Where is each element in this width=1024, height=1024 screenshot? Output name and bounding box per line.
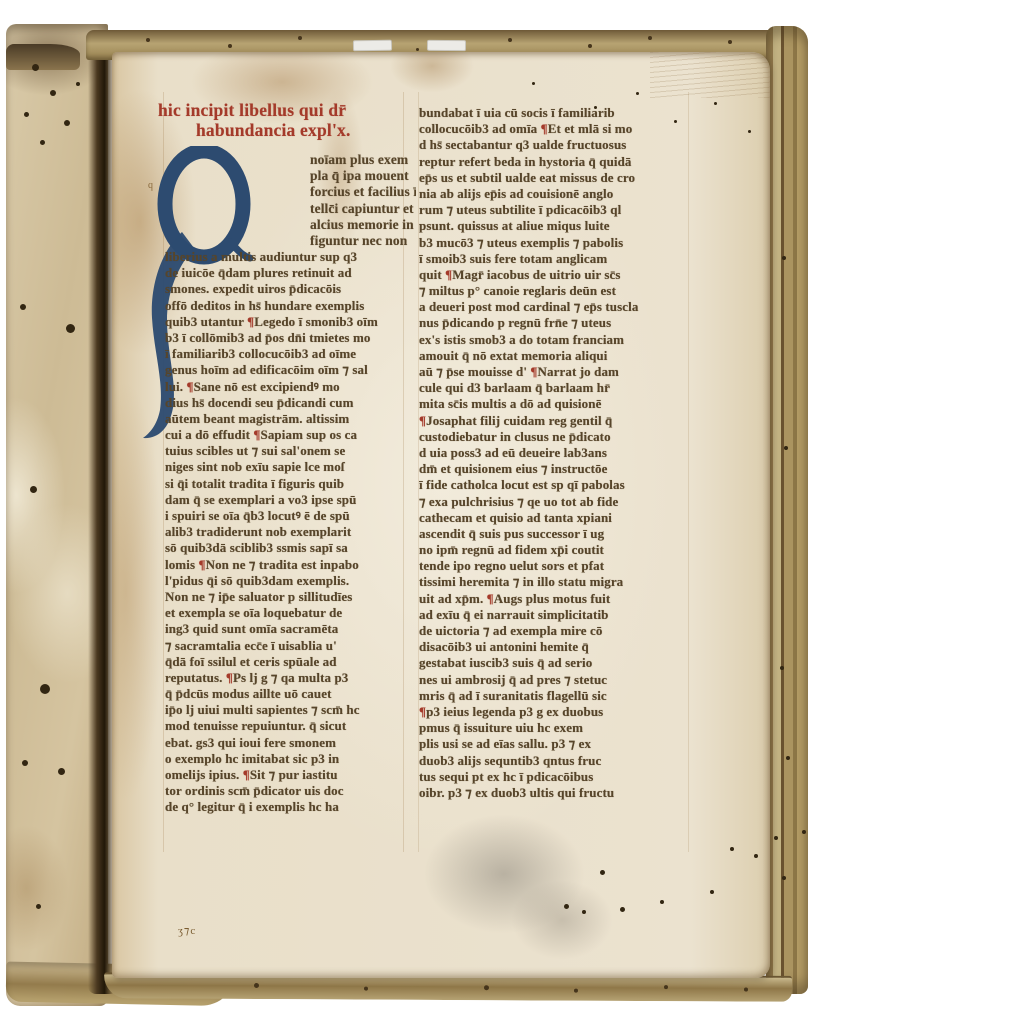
text-line: lui. ¶Sane nō est excipiendꝰ mo [165,379,409,395]
wormhole [636,92,639,95]
text-line: cathecam et quisio ad tanta xpiani [419,510,685,526]
text-line: tende ipo regno uelut sors et pfat [419,558,685,574]
text-line: aūtem beant magistrām. altissim [165,411,409,427]
text-line: ¶Josaphat filij cuidam reg gentil q̄ [419,413,685,429]
text-line: o exemplo hc imitabat sic p3 in [165,751,409,767]
speckle [364,987,368,991]
text-line: mris q̄ ad ī suranitatis flagellū sic [419,688,685,704]
text-line: reptur refert beda in hystoria q̄ quidā [419,154,685,170]
text-line: et exempla se oīa loquebatur de [165,605,409,621]
quire-signature: ʒ⁊c [178,924,196,937]
wormhole [582,910,586,914]
text-line: d hs̄ sectabantur q3 ualde fructuosus [419,137,685,153]
text-line: tus sequi pt ex hc ī pdicacōibus [419,769,685,785]
text-line: ip̄o lj uiui multi sapientes ⁊ scm̄ hc [165,702,409,718]
text-line: amouit q̄ nō extat memoria aliqui [419,348,685,364]
speckle [664,985,668,989]
speckle [484,985,489,990]
text-line: dam q̄ se exemplari a vo3 ipse spū [165,492,409,508]
text-column-left-indent: noīam plus exempla q̄ ipa mouentforcius … [310,152,416,249]
wormhole [58,768,65,775]
text-line: collocucōib3 ad omīa ¶Et et mlā si mo [419,121,685,137]
wormhole [40,140,45,145]
text-line: plis usi se ad eīas sallu. p3 ⁊ ex [419,736,685,752]
text-line: uit ad xp̄m. ¶Augs plus motus fuit [419,591,685,607]
text-line: si q̄i totalit tradita ī figuris quib [165,476,409,492]
text-line: smones. expedit uiros p̄dicacōis [165,281,409,297]
wormhole [50,90,56,96]
text-line: i spuiri se oīa q̄b3 locutꝰ ē de spū [165,508,409,524]
text-line: ī smoib3 suis fere totam anglicam [419,251,685,267]
text-line: ing3 quid sunt omīa sacramēta [165,621,409,637]
wormhole [64,120,70,126]
text-line: forcius et facilius ī [310,184,416,200]
wormhole [748,130,751,133]
text-line: ex's istis smob3 a do totam franciam [419,332,685,348]
text-line: ⁊ exa pulchrisius ⁊ qe uo tot ab fide [419,494,685,510]
text-line: reputatus. ¶Ps lj g ⁊ qa multa p3 [165,670,409,686]
text-line: duob3 alijs sequntib3 qntus fruc [419,753,685,769]
speckle [416,48,419,51]
text-line: oibr. p3 ⁊ ex duob3 ultis qui fructu [419,785,685,801]
text-line: Non ne ⁊ ip̄e saluator p sillitudīes [165,589,409,605]
wormhole [730,847,734,851]
text-line: no ipm̄ regnū ad fidem xp̄i coutit [419,542,685,558]
bookmark-slip [427,40,466,51]
text-line: tissimi heremita ⁊ in illo statu migra [419,574,685,590]
wormhole [802,830,806,834]
speckle [146,38,150,42]
text-line: ⁊ sacramtalia ecc̄e ī uisablia u' [165,638,409,654]
leaf-edges [650,52,770,98]
text-line: rum ⁊ uteus subtilite ī pdicacōib3 ql [419,202,685,218]
text-line: mod tenuisse repuiuntur. q̄ sicut [165,718,409,734]
text-line: tuius scibles ut ⁊ sui sal'onem se [165,443,409,459]
text-line: psunt. quissus at aliue miqus luite [419,218,685,234]
wormhole [594,106,597,109]
wormhole [620,907,625,912]
wormhole [36,904,41,909]
text-line: ī fide catholca locut est sp qī pabolas [419,477,685,493]
text-line: nes ui ambrosij q̄ ad pres ⁊ stetuc [419,672,685,688]
text-line: tellc̄i capiuntur et [310,201,416,217]
text-line: de uictoria ⁊ ad exempla mire cō [419,623,685,639]
text-line: l'pidus q̄i sō quib3dam exemplis. [165,573,409,589]
text-line: a deueri post mod cardinal ⁊ ep̄s tuscla [419,299,685,315]
text-line: noīam plus exem [310,152,416,168]
wormhole [30,486,37,493]
text-line: tor ordinis scm̄ p̄dicator uis doc [165,783,409,799]
text-line: ad exīu q̄ ei narrauit simplicitatib [419,607,685,623]
text-line: omelijs ipius. ¶Sit ⁊ pur iastitu [165,767,409,783]
text-line: aū ⁊ p̄se mouisse d' ¶Narrat jo dam [419,364,685,380]
wormhole [674,120,677,123]
text-column-left: liberius a multis audiuntur sup q3de iui… [165,249,409,816]
text-line: custodiebatur in clusus ne p̄dicato [419,429,685,445]
text-line: alib3 tradiderunt nob exemplarit [165,524,409,540]
wormhole [714,102,717,105]
speckle [298,36,302,40]
text-line: q̄ p̄dcūs modus aillte uō cauet [165,686,409,702]
wormhole [786,756,790,760]
text-line: ī familiarib3 collocucōib3 ad oīme [165,346,409,362]
wormhole [564,904,569,909]
text-line: b3 mucō3 ⁊ uteus exemplis ⁊ pabolis [419,235,685,251]
speckle [728,40,732,44]
wormhole [782,256,786,260]
speckle [648,36,652,40]
board-worn-cap [6,44,80,70]
wormhole [780,666,784,670]
wormhole [66,324,75,333]
text-line: ascendit q̄ suis pus successor ī ug [419,526,685,542]
wormhole [774,836,778,840]
wormhole [76,82,80,86]
wormhole [20,304,26,310]
text-line: dm̄ et quisionem eius ⁊ instructōe [419,461,685,477]
text-line: pla q̄ ipa mouent [310,168,416,184]
text-line: cule qui d3 barlaam q̄ barlaam hr̄ [419,380,685,396]
text-line: genus hoīm ad edificacōim oīm ⁊ sal [165,362,409,378]
text-line: offō deditos in hs̄ hundare exemplis [165,298,409,314]
text-line: pmus q̄ issuiture uiu hc exem [419,720,685,736]
text-line: disacōib3 ui antonini hemite q̄ [419,639,685,655]
text-line: liberius a multis audiuntur sup q3 [165,249,409,265]
wormhole [532,82,535,85]
text-line: lomis ¶Non ne ⁊ tradita est inpabo [165,557,409,573]
text-line: ebat. gs3 qui ioui fere smonem [165,735,409,751]
text-line: de q° legitur q̄ i exemplis hc ha [165,799,409,815]
wormhole [660,900,664,904]
text-line: d uia poss3 ad eū deueire lab3ans [419,445,685,461]
bookmark-slip [353,40,392,52]
rubric-line-2: habundancia expl'x. [196,120,351,140]
text-line: alcius memorie in [310,217,416,233]
text-line: de iuicōe q̄dam plures retinuit ad [165,265,409,281]
text-column-right: bundabat ī uia cū socis ī familiaribcoll… [419,105,685,801]
speckle [254,983,259,988]
text-line: dius hs̄ docendi seu p̄dicandi cum [165,395,409,411]
speckle [744,988,748,992]
wormhole [754,854,758,858]
wormhole [22,760,28,766]
text-line: ep̄s us et subtil ualde eat missus de cr… [419,170,685,186]
cover-fore-edge [766,26,808,994]
text-line: ¶p3 ieius legenda p3 g ex duobus [419,704,685,720]
wormhole [32,64,39,71]
wormhole [600,870,605,875]
wormhole [784,446,788,450]
wormhole [24,112,29,117]
wormhole [710,890,714,894]
speckle [228,44,232,48]
text-line: ⁊ miltus p° canoie reglaris deūn est [419,283,685,299]
manuscript-photo: hic incipit libellus qui dr̄ habundancia… [0,0,1024,1024]
text-line: mita sc̄is multis a dō ad quisionē [419,396,685,412]
text-line: nia ab alijs ep̄is ad couisionē anglo [419,186,685,202]
text-line: figuntur nec non [310,233,416,249]
text-line: niges sint nob exīu sapie lce moſ [165,459,409,475]
text-line: q̄dā foī ssilul et ceris spūale ad [165,654,409,670]
text-line: gestabat iuscib3 suis q̄ ad serio [419,655,685,671]
manuscript-page: hic incipit libellus qui dr̄ habundancia… [112,52,770,978]
text-line: bundabat ī uia cū socis ī familiarib [419,105,685,121]
speckle [574,989,578,993]
speckle [508,38,512,42]
text-line: nus p̄dicando p regnū frn̄e ⁊ uteus [419,315,685,331]
speckle [588,44,592,48]
text-line: sō quib3dā sciblib3 ssmis sapī sa [165,540,409,556]
wormhole [40,684,50,694]
wormhole [782,876,786,880]
text-line: quit ¶Magr̄ iacobus de uitrio uir sc̄s [419,267,685,283]
text-line: cui a dō effudit ¶Sapiam sup os ca [165,427,409,443]
text-line: b3 ī collōmib3 ad p̄os dn̄i tmietes mo [165,330,409,346]
text-line: quib3 utantur ¶Legedo ī smonib3 oīm [165,314,409,330]
rubric-line-1: hic incipit libellus qui dr̄ [158,98,346,120]
